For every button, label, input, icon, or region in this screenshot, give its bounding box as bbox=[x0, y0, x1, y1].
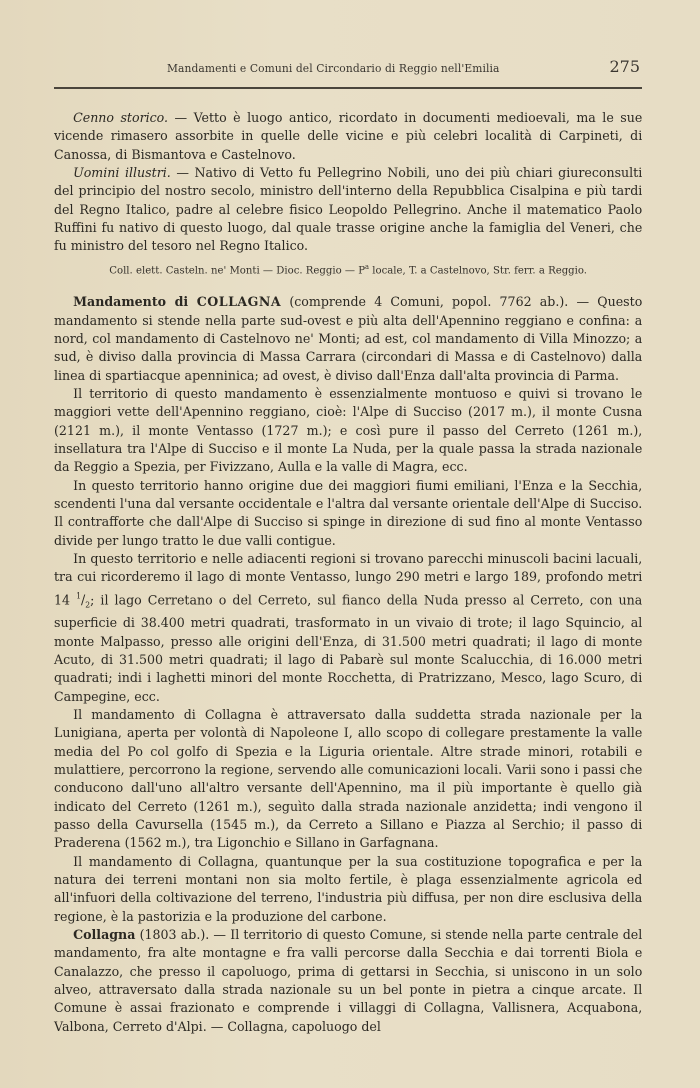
running-header: Mandamenti e Comuni del Circondario di R… bbox=[54, 58, 642, 82]
section-label: Uomini illustri. bbox=[73, 166, 171, 181]
fraction: 1/2 bbox=[76, 593, 90, 608]
mandamento-name: COLLAGNA bbox=[197, 295, 281, 310]
paragraph-cenno-storico: Cenno storico. — Vetto è luogo antico, r… bbox=[54, 110, 642, 165]
paragraph-mandamento-collagna: Mandamento di COLLAGNA (comprende 4 Comu… bbox=[54, 294, 642, 386]
paragraph-comune-collagna: Collagna (1803 ab.). — Il territorio di … bbox=[54, 927, 642, 1037]
section-label: Collagna bbox=[73, 928, 135, 943]
paragraph-economia: Il mandamento di Collagna, quantunque pe… bbox=[54, 854, 642, 927]
paragraph-fiumi: In questo territorio hanno origine due d… bbox=[54, 478, 642, 551]
paragraph-strade: Il mandamento di Collagna è attraversato… bbox=[54, 707, 642, 854]
administrative-note: Coll. elett. Casteln. ne' Monti — Dioc. … bbox=[54, 260, 642, 278]
running-title: Mandamenti e Comuni del Circondario di R… bbox=[167, 61, 500, 75]
paragraph-text: (1803 ab.). — Il territorio di questo Co… bbox=[54, 928, 642, 1035]
page-number: 275 bbox=[609, 57, 640, 76]
header-rule bbox=[54, 87, 642, 89]
body-text: Cenno storico. — Vetto è luogo antico, r… bbox=[54, 110, 642, 1037]
paragraph-territorio: Il territorio di questo mandamento è ess… bbox=[54, 386, 642, 478]
paragraph-uomini-illustri: Uomini illustri. — Nativo di Vetto fu Pe… bbox=[54, 165, 642, 257]
section-label: Mandamento di bbox=[73, 295, 197, 310]
section-label: Cenno storico. bbox=[73, 111, 168, 126]
paragraph-laghi: In questo territorio e nelle adiacenti r… bbox=[54, 551, 642, 707]
